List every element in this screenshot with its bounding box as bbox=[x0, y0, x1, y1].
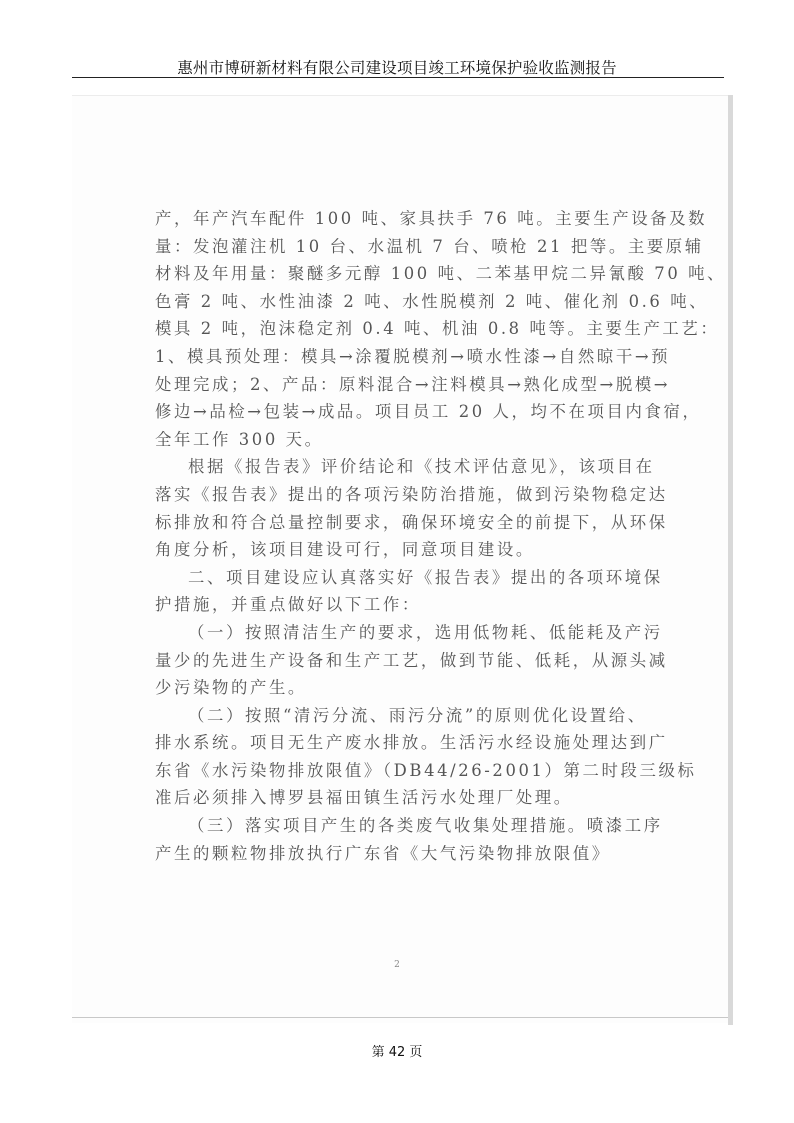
scanned-page-number: 2 bbox=[0, 960, 794, 970]
scanned-page-bottom-edge bbox=[72, 1017, 728, 1018]
scanned-page-right-edge bbox=[728, 95, 733, 1025]
text-line: 东省《水污染物排放限值》（DB44/26-2001）第二时段三级标 bbox=[155, 757, 641, 785]
scanned-page-top-edge bbox=[72, 95, 728, 96]
section-heading-line: 二、项目建设应认真落实好《报告表》提出的各项环境保 bbox=[155, 564, 641, 592]
text-line: 量少的先进生产设备和生产工艺，做到节能、低耗，从源头减 bbox=[155, 647, 641, 675]
footer-page-number: 第 42 页 bbox=[0, 1041, 794, 1060]
text-line: 模具 2 吨，泡沫稳定剂 0.4 吨、机油 0.8 吨等。主要生产工艺： bbox=[155, 315, 641, 343]
item-start-line: （三）落实项目产生的各类废气收集处理措施。喷漆工序 bbox=[155, 812, 641, 840]
text-line: 少污染物的产生。 bbox=[155, 674, 641, 702]
text-line: 修边→品检→包装→成品。项目员工 20 人，均不在项目内食宿， bbox=[155, 398, 641, 426]
scanned-body-text: 产，年产汽车配件 100 吨、家具扶手 76 吨。主要生产设备及数 量：发泡灌注… bbox=[155, 205, 641, 867]
text-line: 标排放和符合总量控制要求，确保环境安全的前提下，从环保 bbox=[155, 509, 641, 537]
text-line: 产生的颗粒物排放执行广东省《大气污染物排放限值》 bbox=[155, 840, 641, 868]
text-line: 落实《报告表》提出的各项污染防治措施，做到污染物稳定达 bbox=[155, 481, 641, 509]
text-line: 产，年产汽车配件 100 吨、家具扶手 76 吨。主要生产设备及数 bbox=[155, 205, 641, 233]
text-line: 角度分析，该项目建设可行，同意项目建设。 bbox=[155, 536, 641, 564]
text-line: 量：发泡灌注机 10 台、水温机 7 台、喷枪 21 把等。主要原辅 bbox=[155, 233, 641, 261]
text-line: 色膏 2 吨、水性油漆 2 吨、水性脱模剂 2 吨、催化剂 0.6 吨、 bbox=[155, 288, 641, 316]
item-start-line: （二）按照“清污分流、雨污分流”的原则优化设置给、 bbox=[155, 702, 641, 730]
text-line: 排水系统。项目无生产废水排放。生活污水经设施处理达到广 bbox=[155, 729, 641, 757]
text-line: 材料及年用量：聚醚多元醇 100 吨、二苯基甲烷二异氰酸 70 吨、 bbox=[155, 260, 641, 288]
item-start-line: （一）按照清洁生产的要求，选用低物耗、低能耗及产污 bbox=[155, 619, 641, 647]
text-line: 准后必须排入博罗县福田镇生活污水处理厂处理。 bbox=[155, 784, 641, 812]
text-line: 护措施，并重点做好以下工作： bbox=[155, 591, 641, 619]
text-line: 1、模具预处理：模具→涂覆脱模剂→喷水性漆→自然晾干→预 bbox=[155, 343, 641, 371]
page-header-title: 惠州市博研新材料有限公司建设项目竣工环境保护验收监测报告 bbox=[0, 56, 794, 78]
text-line: 全年工作 300 天。 bbox=[155, 426, 641, 454]
paragraph-start-line: 根据《报告表》评价结论和《技术评估意见》，该项目在 bbox=[155, 453, 641, 481]
header-divider bbox=[72, 77, 724, 78]
text-line: 处理完成；2、产品：原料混合→注料模具→熟化成型→脱模→ bbox=[155, 371, 641, 399]
